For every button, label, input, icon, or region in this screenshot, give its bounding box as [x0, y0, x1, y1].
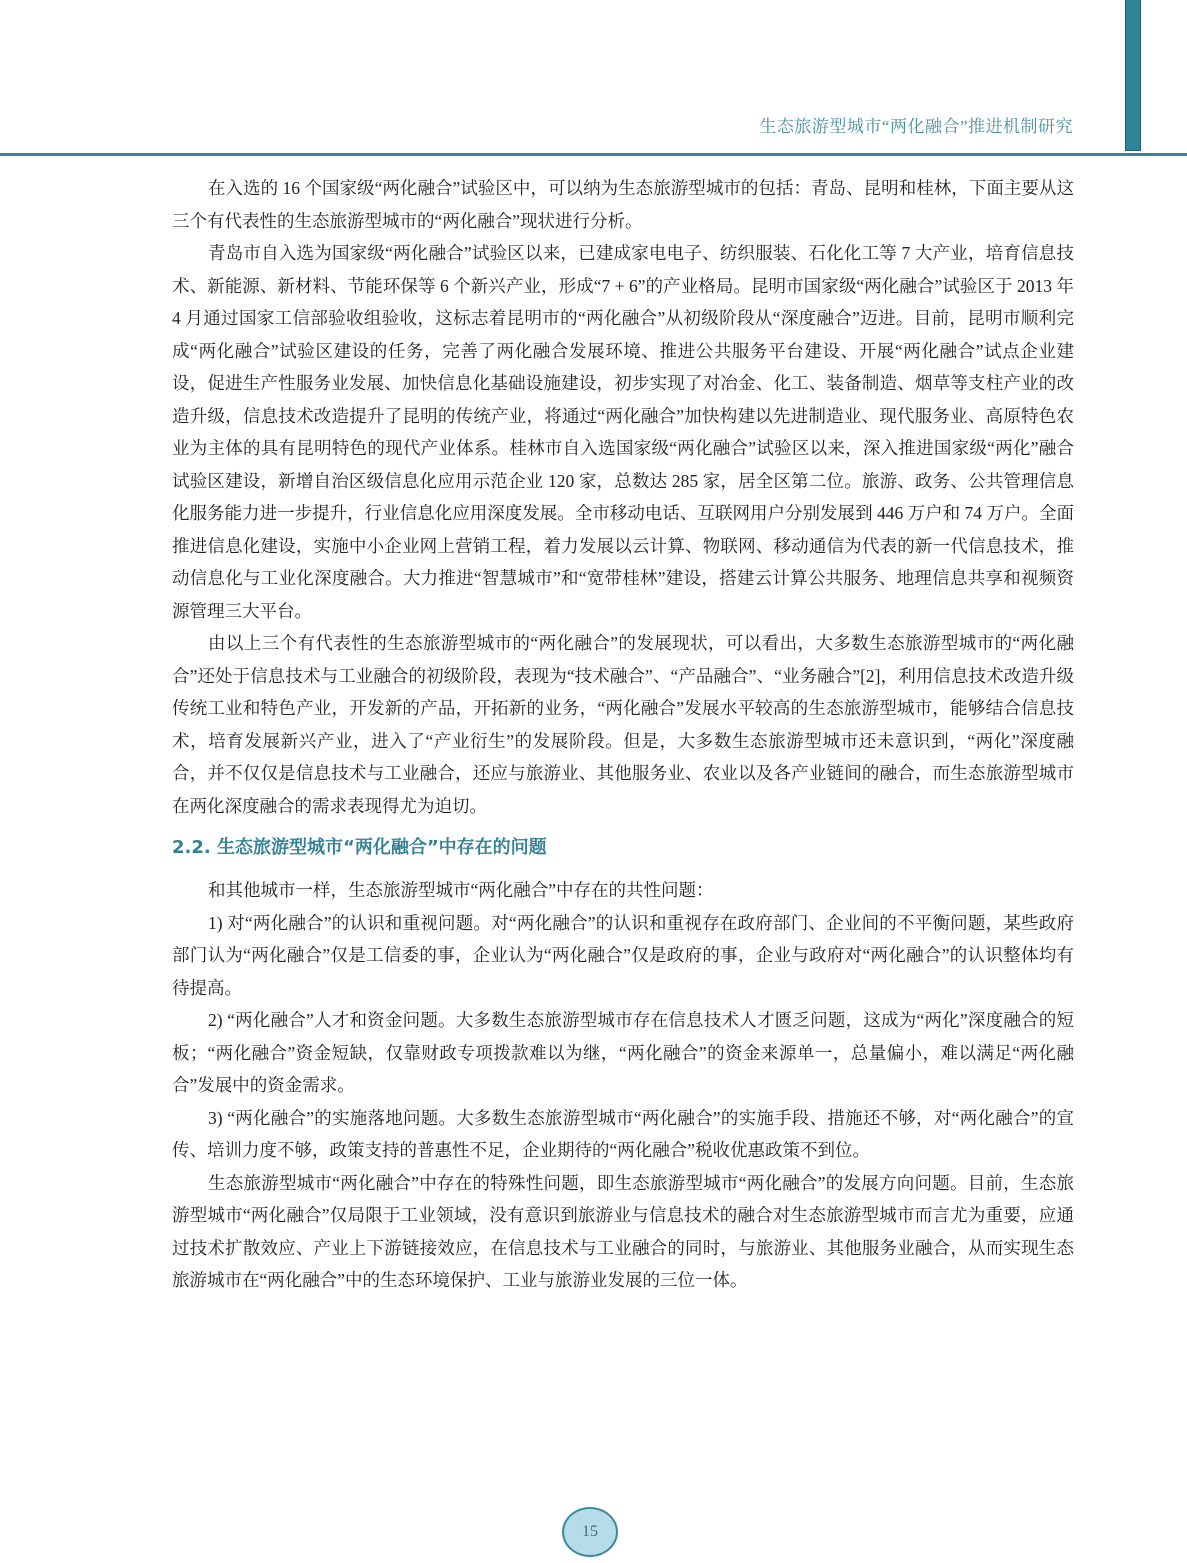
header-divider	[0, 153, 1187, 156]
paragraph-intro: 在入选的 16 个国家级“两化融合”试验区中，可以纳为生态旅游型城市的包括：青岛…	[172, 172, 1074, 237]
section-heading: 2.2. 生态旅游型城市“两化融合”中存在的问题	[172, 828, 1074, 868]
page-number-badge: 15	[562, 1507, 618, 1557]
paragraph-common-issues: 和其他城市一样，生态旅游型城市“两化融合”中存在的共性问题：	[172, 874, 1074, 907]
running-title: 生态旅游型城市“两化融合”推进机制研究	[759, 112, 1073, 137]
header-accent-bar	[1125, 0, 1141, 151]
paragraph-analysis: 由以上三个有代表性的生态旅游型城市的“两化融合”的发展现状，可以看出，大多数生态…	[172, 627, 1074, 822]
paragraph-special-issue: 生态旅游型城市“两化融合”中存在的特殊性问题，即生态旅游型城市“两化融合”的发展…	[172, 1167, 1074, 1297]
paragraph-issue-2: 2) “两化融合”人才和资金问题。大多数生态旅游型城市存在信息技术人才匮乏问题，…	[172, 1004, 1074, 1102]
paragraph-issue-3: 3) “两化融合”的实施落地问题。大多数生态旅游型城市“两化融合”的实施手段、措…	[172, 1102, 1074, 1167]
page-number: 15	[582, 1523, 598, 1541]
paragraph-city-status: 青岛市自入选为国家级“两化融合”试验区以来，已建成家电电子、纺织服装、石化化工等…	[172, 237, 1074, 627]
page-body: 在入选的 16 个国家级“两化融合”试验区中，可以纳为生态旅游型城市的包括：青岛…	[172, 172, 1074, 1297]
paragraph-issue-1: 1) 对“两化融合”的认识和重视问题。对“两化融合”的认识和重视存在政府部门、企…	[172, 907, 1074, 1005]
